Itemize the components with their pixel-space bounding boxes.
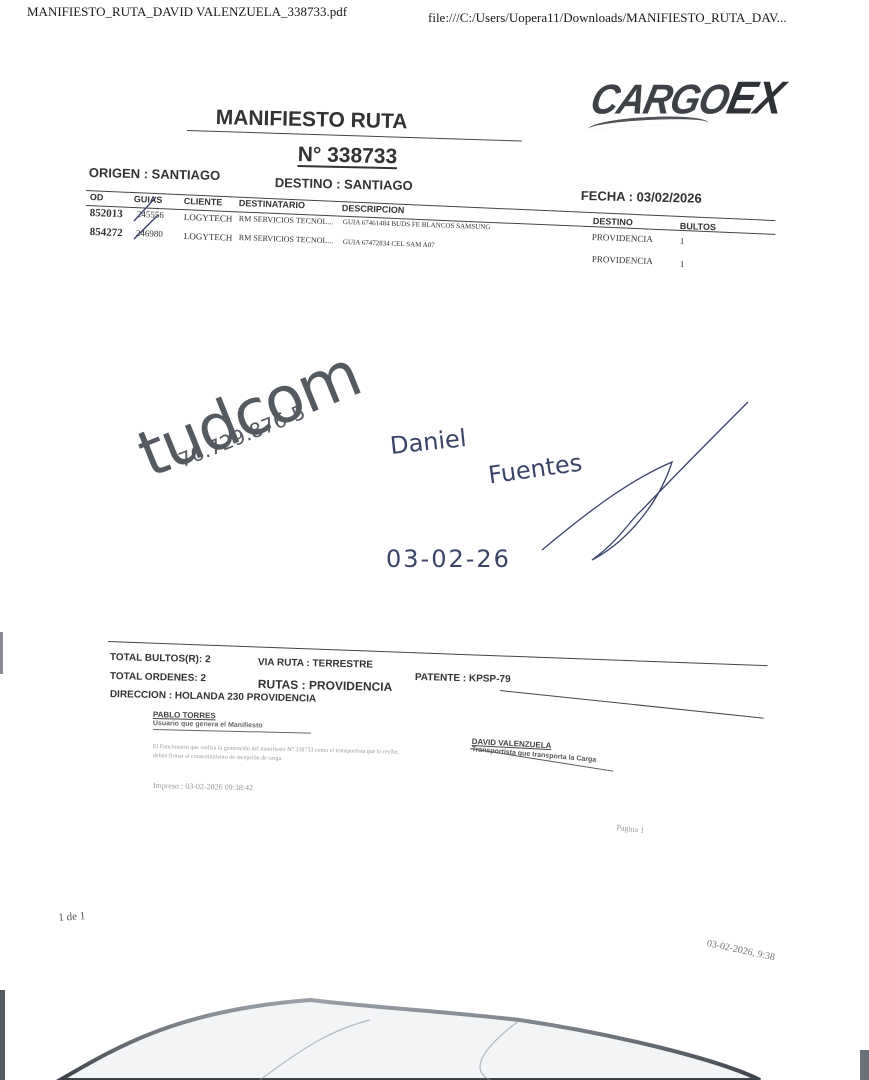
tudcom-stamp: tudcom — [128, 337, 370, 492]
cell-cliente: LOGYTECH — [184, 231, 233, 243]
handwritten-date: 03-02-26 — [386, 545, 511, 573]
col-cliente: CLIENTE — [184, 196, 223, 207]
check-mark-icon — [128, 193, 168, 243]
cell-destinatario: RM SERVICIOS TECNOL... — [239, 233, 334, 245]
cell-bultos: 1 — [680, 259, 685, 269]
handwritten-first-name: Daniel — [389, 424, 468, 460]
scanned-document: CARGOEX MANIFIESTO RUTA N° 338733 ORIGEN… — [0, 0, 869, 1080]
rutas: RUTAS : PROVIDENCIA — [258, 677, 393, 694]
impreso-timestamp: Impreso : 03-02-2026 09:38:42 — [153, 781, 253, 792]
col-destino: DESTINO — [593, 216, 633, 227]
col-od: OD — [90, 192, 104, 202]
col-descripcion: DESCRIPCION — [342, 203, 405, 215]
cell-descripcion: GUIA 67472834 CEL SAM A07 — [343, 238, 435, 249]
generator-signature-line — [153, 729, 311, 734]
cell-bultos: 1 — [680, 236, 685, 246]
total-ordenes: TOTAL ORDENES: 2 — [110, 671, 206, 684]
scan-background-shadow — [0, 990, 869, 1080]
total-bultos: TOTAL BULTOS(R): 2 — [110, 652, 211, 665]
page-count: 1 de 1 — [58, 910, 86, 924]
manifest-number: N° 338733 — [297, 143, 397, 169]
patente: PATENTE : KPSP-79 — [415, 672, 511, 685]
cell-od: 854272 — [90, 226, 123, 239]
cell-destino: PROVIDENCIA — [592, 232, 653, 244]
summary-right-line — [500, 690, 764, 719]
manifest-title: MANIFIESTO RUTA — [215, 106, 407, 134]
origen-label: ORIGEN : SANTIAGO — [89, 165, 221, 183]
print-timestamp: 03-02-2026, 9:38 — [706, 938, 776, 963]
cell-destino: PROVIDENCIA — [592, 254, 653, 266]
cell-destinatario: RM SERVICIOS TECNOL... — [239, 214, 334, 226]
signature — [530, 400, 760, 570]
generator-role: Usuario que genera el Manifiesto — [153, 720, 263, 729]
generator-name: PABLO TORRES — [153, 710, 216, 720]
via-ruta: VIA RUTA : TERRESTRE — [258, 657, 373, 671]
logo-text-ex: EX — [723, 72, 788, 124]
cell-od: 852013 — [90, 207, 123, 220]
fecha-label: FECHA : 03/02/2026 — [581, 188, 702, 206]
col-destinatario: DESTINATARIO — [239, 198, 305, 210]
destino-label: DESTINO : SANTIAGO — [275, 175, 413, 193]
legal-text-line2: deben firmar el consentimiento de recepc… — [153, 753, 283, 762]
col-bultos: BULTOS — [680, 221, 716, 232]
cell-descripcion: GUIA 67461484 BUDS FE BLANCOS SAMSUNG — [343, 218, 491, 231]
cell-cliente: LOGYTECH — [184, 212, 233, 224]
scan-edge-shadow — [0, 632, 3, 674]
page-label: Pagina 1 — [616, 823, 645, 835]
